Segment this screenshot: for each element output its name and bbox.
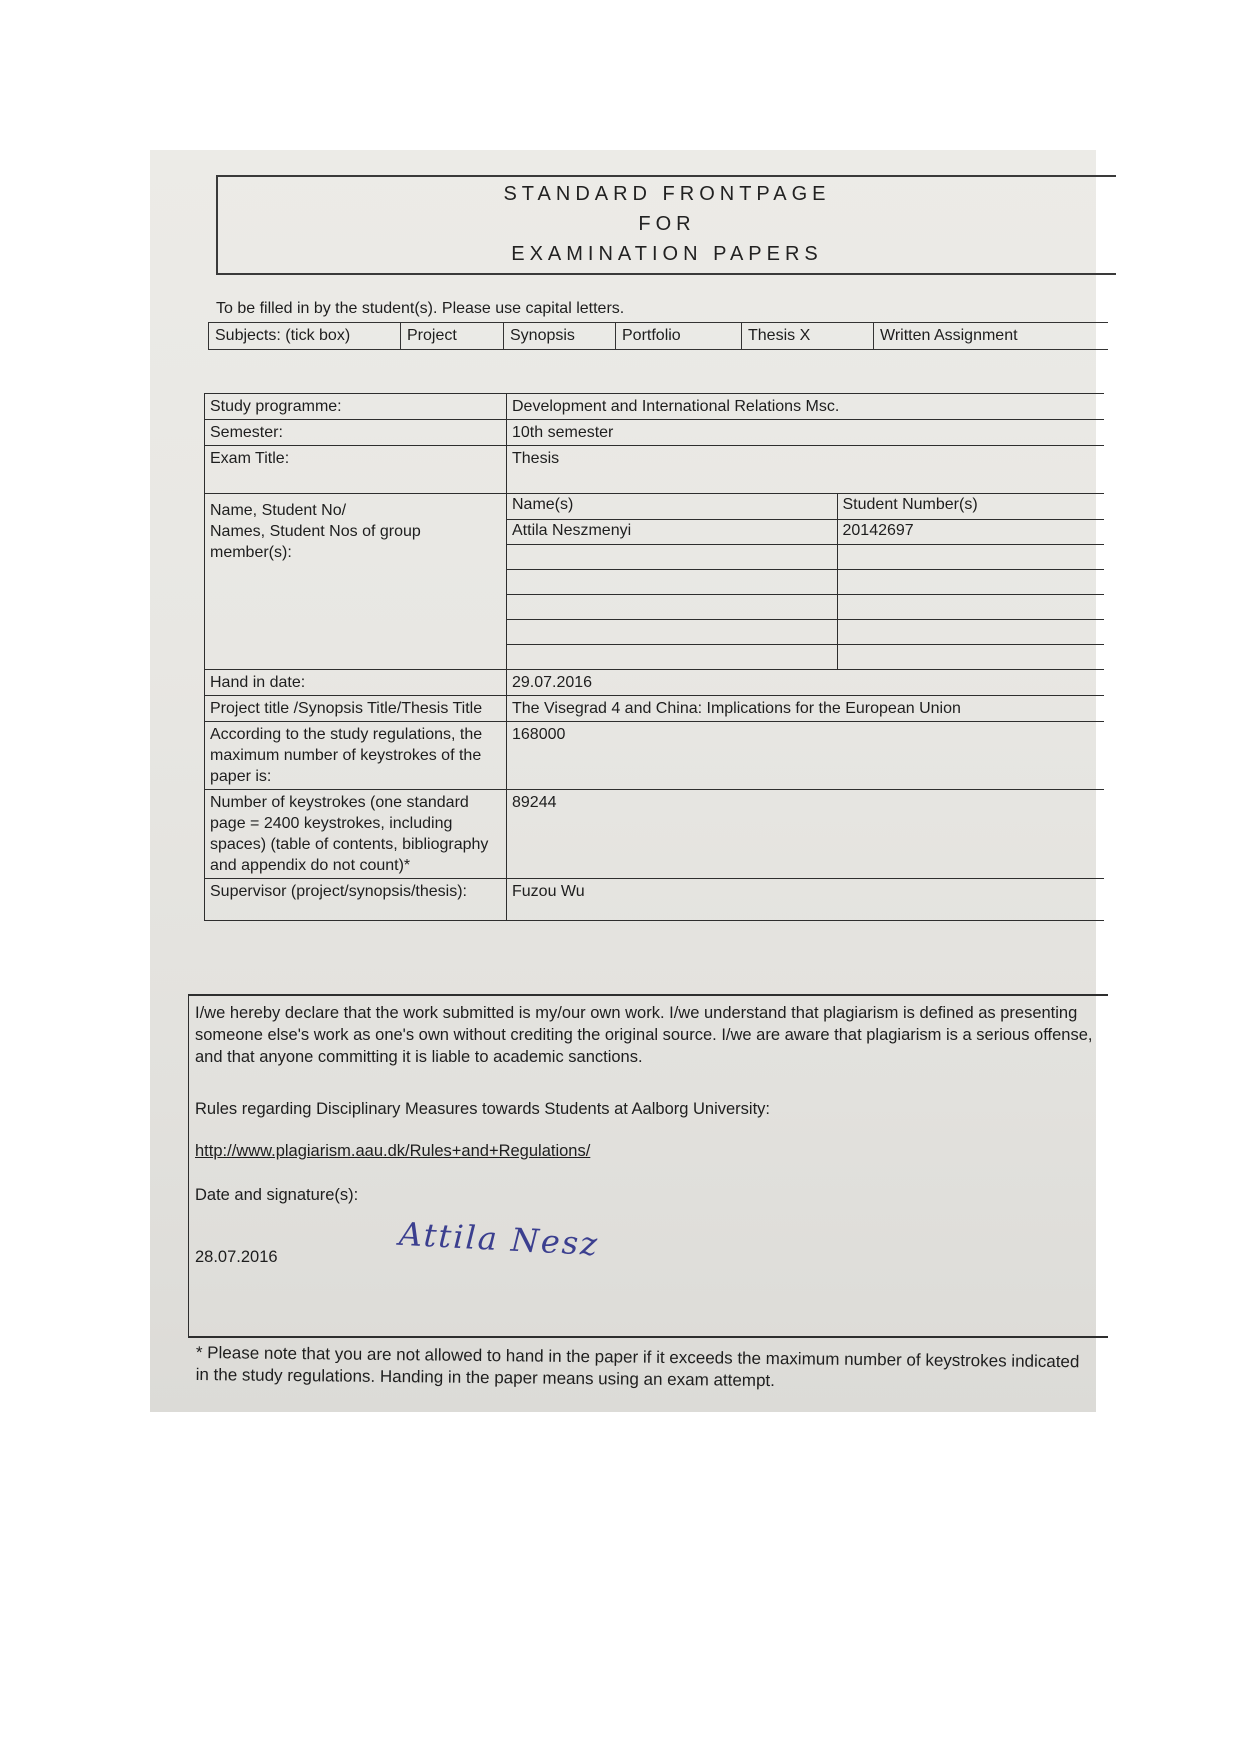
member-number[interactable]: 20142697 [837, 519, 1104, 544]
member-row [507, 569, 1104, 594]
member-name[interactable] [507, 619, 837, 644]
declaration-text: I/we hereby declare that the work submit… [195, 1002, 1100, 1068]
row-project-title: Project title /Synopsis Title/Thesis Tit… [205, 696, 1105, 722]
members-label-line-2: Names, Student Nos of group [210, 521, 501, 542]
member-name[interactable] [507, 544, 837, 569]
member-row [507, 619, 1104, 644]
exam-form-table: Study programme: Development and Interna… [204, 393, 1104, 921]
member-row [507, 594, 1104, 619]
member-name[interactable] [507, 569, 837, 594]
member-number[interactable] [837, 569, 1104, 594]
member-number[interactable] [837, 594, 1104, 619]
hand-in-date-value[interactable]: 29.07.2016 [507, 670, 1105, 696]
project-title-label: Project title /Synopsis Title/Thesis Tit… [205, 696, 507, 722]
row-semester: Semester: 10th semester [205, 420, 1105, 446]
max-keystrokes-value[interactable]: 168000 [507, 722, 1105, 790]
row-exam-title: Exam Title: Thesis [205, 446, 1105, 494]
semester-value[interactable]: 10th semester [507, 420, 1105, 446]
max-keystrokes-label: According to the study regulations, the … [205, 722, 507, 790]
title-line-3: EXAMINATION PAPERS [218, 243, 1116, 266]
subjects-label: Subjects: (tick box) [208, 323, 400, 349]
member-name[interactable] [507, 594, 837, 619]
title-line-1: STANDARD FRONTPAGE [218, 183, 1116, 206]
subject-written-assignment[interactable]: Written Assignment [873, 323, 1108, 349]
subjects-row: Subjects: (tick box) Project Synopsis Po… [208, 322, 1108, 350]
exam-title-label: Exam Title: [205, 446, 507, 494]
hand-in-date-label: Hand in date: [205, 670, 507, 696]
col-names-header: Name(s) [507, 494, 837, 519]
members-label: Name, Student No/ Names, Student Nos of … [205, 494, 507, 670]
instruction-text: To be filled in by the student(s). Pleas… [216, 300, 624, 318]
row-supervisor: Supervisor (project/synopsis/thesis): Fu… [205, 879, 1105, 921]
subject-portfolio[interactable]: Portfolio [615, 323, 741, 349]
row-members: Name, Student No/ Names, Student Nos of … [205, 494, 1105, 670]
members-cell: Name(s) Student Number(s) Attila Neszmen… [507, 494, 1105, 670]
supervisor-value[interactable]: Fuzou Wu [507, 879, 1105, 921]
col-numbers-header: Student Number(s) [837, 494, 1104, 519]
study-programme-value[interactable]: Development and International Relations … [507, 394, 1105, 420]
plagiarism-rules-link[interactable]: http://www.plagiarism.aau.dk/Rules+and+R… [195, 1140, 590, 1162]
member-row [507, 644, 1104, 669]
members-table: Name(s) Student Number(s) Attila Neszmen… [507, 494, 1104, 669]
footnote: * Please note that you are not allowed t… [196, 1342, 1096, 1395]
row-hand-in-date: Hand in date: 29.07.2016 [205, 670, 1105, 696]
study-programme-label: Study programme: [205, 394, 507, 420]
member-number[interactable] [837, 544, 1104, 569]
member-row [507, 544, 1104, 569]
date-signature-label: Date and signature(s): [195, 1184, 358, 1206]
supervisor-label: Supervisor (project/synopsis/thesis): [205, 879, 507, 921]
row-study-programme: Study programme: Development and Interna… [205, 394, 1105, 420]
row-num-keystrokes: Number of keystrokes (one standard page … [205, 790, 1105, 879]
num-keystrokes-value[interactable]: 89244 [507, 790, 1105, 879]
row-max-keystrokes: According to the study regulations, the … [205, 722, 1105, 790]
project-title-value[interactable]: The Visegrad 4 and China: Implications f… [507, 696, 1105, 722]
rules-label: Rules regarding Disciplinary Measures to… [195, 1098, 770, 1120]
members-label-line-1: Name, Student No/ [210, 500, 501, 521]
member-number[interactable] [837, 644, 1104, 669]
subject-synopsis[interactable]: Synopsis [503, 323, 615, 349]
signature-date: 28.07.2016 [195, 1246, 278, 1268]
member-name[interactable]: Attila Neszmenyi [507, 519, 837, 544]
title-line-2: FOR [218, 213, 1116, 236]
member-row: Attila Neszmenyi 20142697 [507, 519, 1104, 544]
subject-thesis[interactable]: Thesis X [741, 323, 873, 349]
members-header-row: Name(s) Student Number(s) [507, 494, 1104, 519]
members-label-line-3: member(s): [210, 542, 501, 563]
title-box: STANDARD FRONTPAGE FOR EXAMINATION PAPER… [216, 175, 1116, 275]
member-number[interactable] [837, 619, 1104, 644]
subject-project[interactable]: Project [400, 323, 503, 349]
semester-label: Semester: [205, 420, 507, 446]
member-name[interactable] [507, 644, 837, 669]
declaration-box: I/we hereby declare that the work submit… [188, 994, 1108, 1338]
num-keystrokes-label: Number of keystrokes (one standard page … [205, 790, 507, 879]
handwritten-signature: Attila Nesz [399, 1223, 600, 1255]
exam-title-value[interactable]: Thesis [507, 446, 1105, 494]
